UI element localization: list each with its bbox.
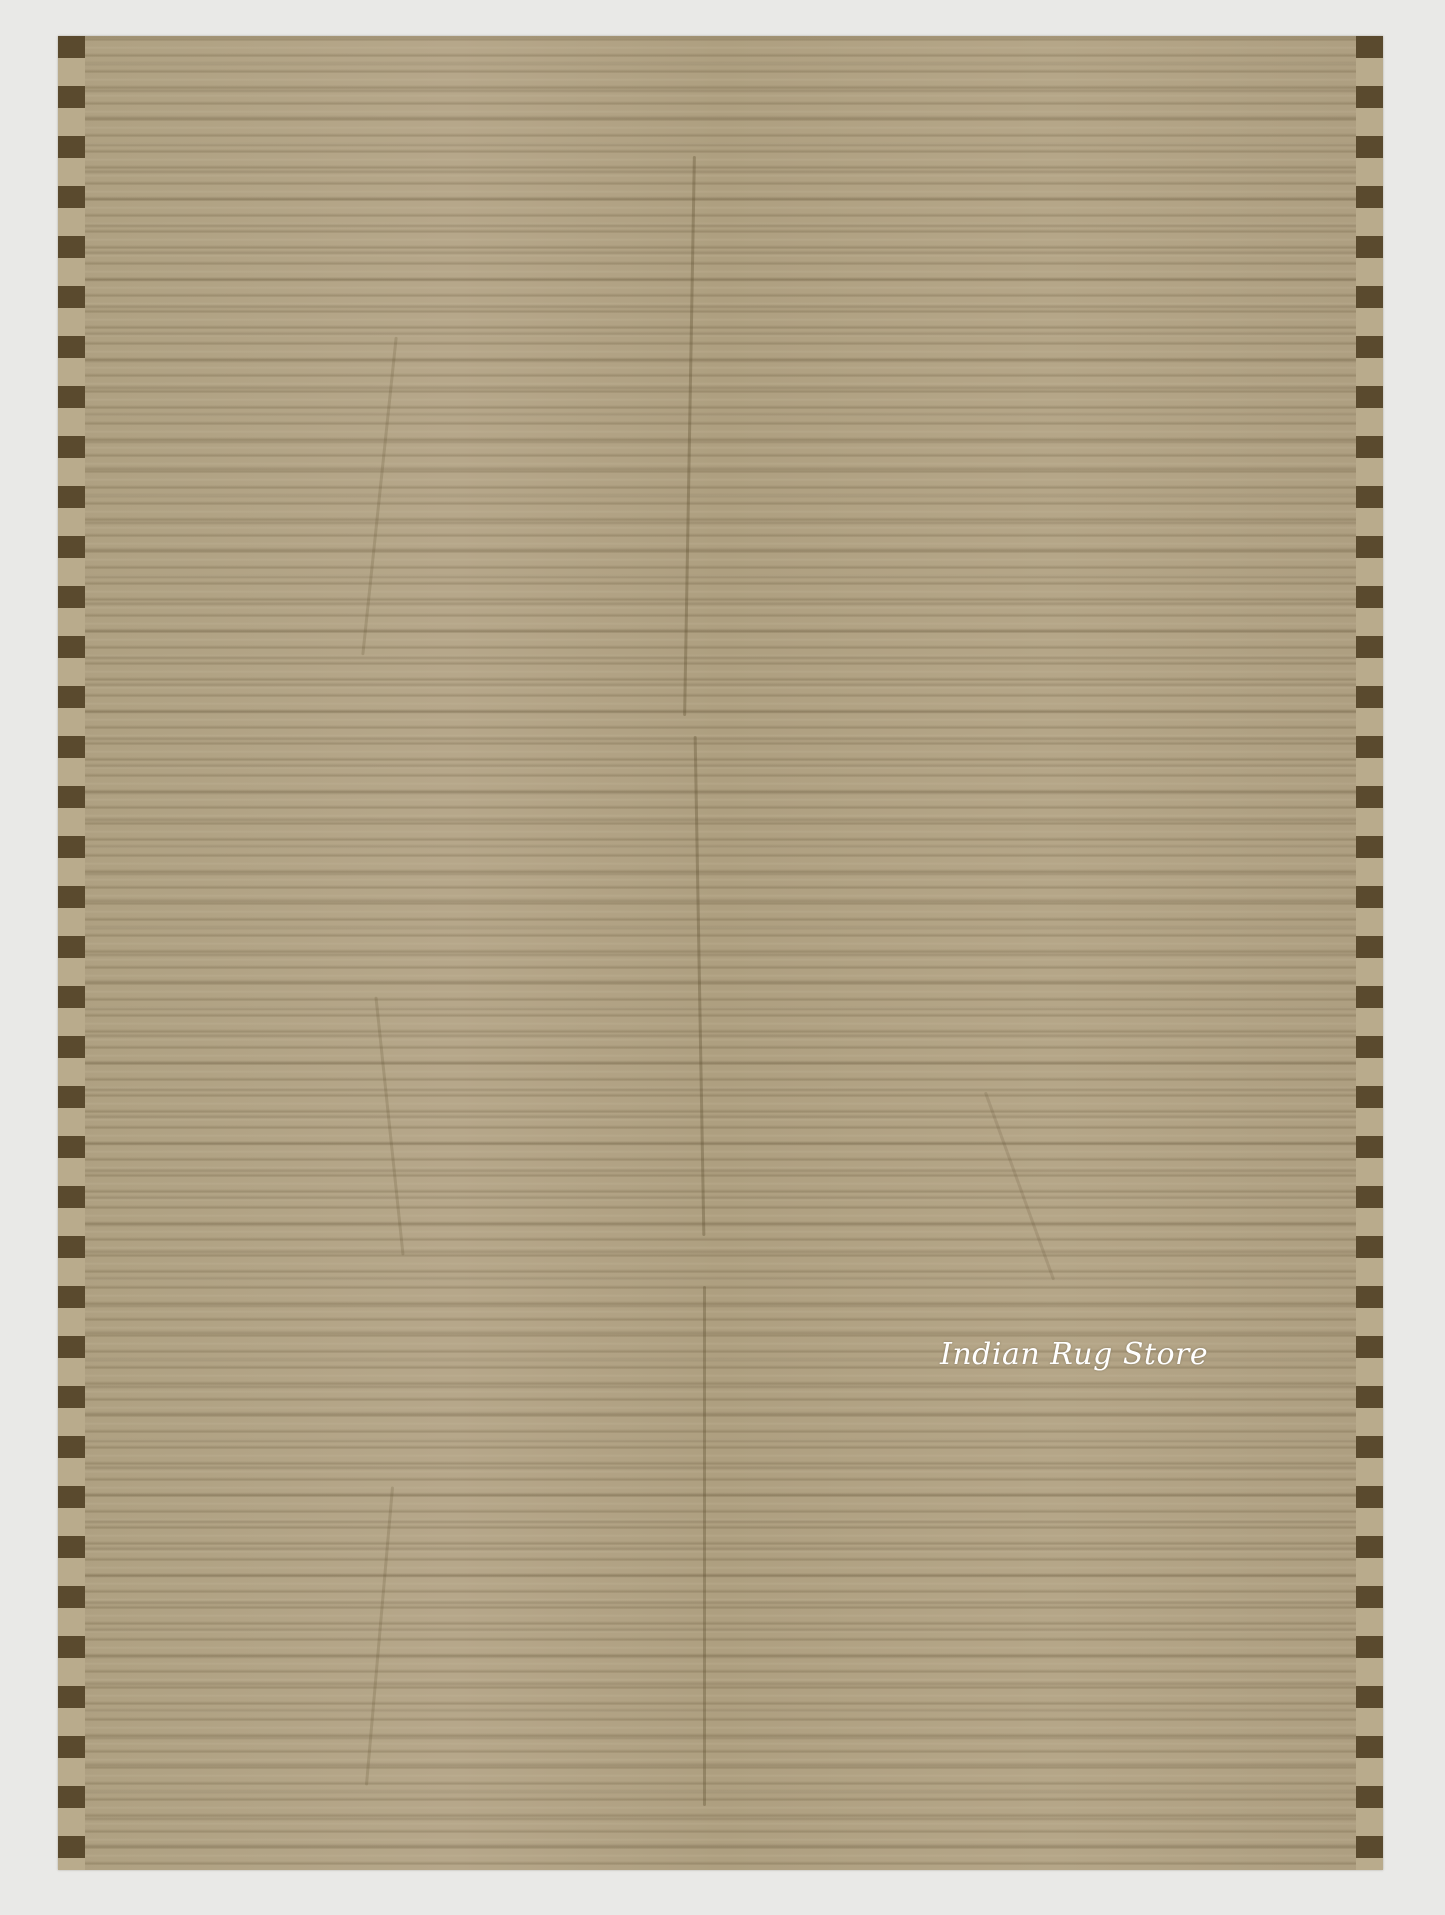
rug-texture-line bbox=[694, 736, 706, 1236]
watermark-text: Indian Rug Store bbox=[940, 1337, 1208, 1372]
rug-texture-line bbox=[374, 997, 404, 1256]
rug-left-striped-border bbox=[58, 36, 85, 1870]
rug-texture-line bbox=[984, 1092, 1055, 1281]
rug-texture-line bbox=[365, 1486, 394, 1785]
rug-texture-line bbox=[683, 156, 696, 716]
rug-texture-line bbox=[703, 1286, 706, 1806]
rug-right-striped-border bbox=[1356, 36, 1383, 1870]
rug-image bbox=[58, 36, 1383, 1870]
rug-texture-line bbox=[361, 337, 397, 656]
